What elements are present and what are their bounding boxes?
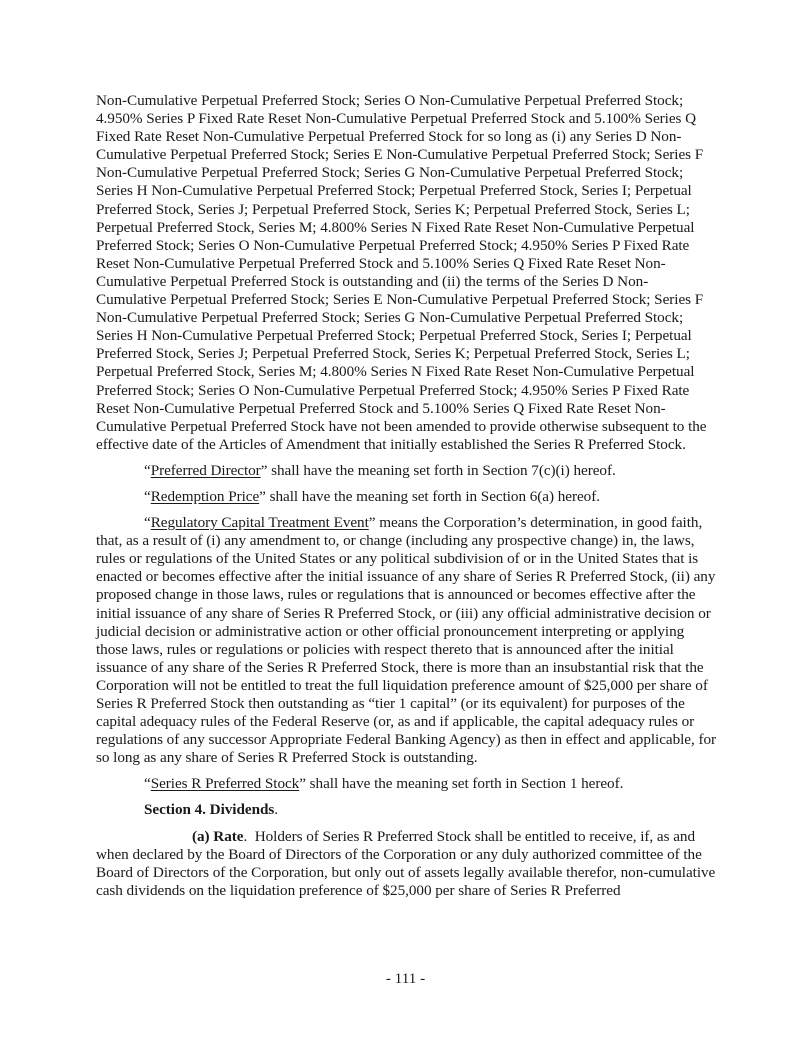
definition-text: shall have the meaning set forth in Sect… [306,775,623,792]
document-page: Non-Cumulative Perpetual Preferred Stock… [96,92,717,908]
section-title: Section 4. Dividends [144,801,274,818]
definition-series-r-preferred-stock: “Series R Preferred Stock” shall have th… [96,775,717,793]
subsection-text: Holders of Series R Preferred Stock shal… [96,828,719,899]
definition-redemption-price: “Redemption Price” shall have the meanin… [96,488,717,506]
definition-text: shall have the meaning set forth in Sect… [267,462,615,479]
defined-term: Regulatory Capital Treatment Event [151,514,369,531]
page-number: - 111 - [0,970,811,988]
close-quote: ” [259,488,266,505]
defined-term: Preferred Director [151,462,261,479]
defined-term: Redemption Price [151,488,259,505]
subsection-rate: (a) Rate. Holders of Series R Preferred … [96,828,717,900]
section-heading: Section 4. Dividends. [96,801,717,819]
open-quote: “ [144,775,151,792]
open-quote: “ [144,462,151,479]
continuation-paragraph: Non-Cumulative Perpetual Preferred Stock… [96,92,717,454]
definition-text: shall have the meaning set forth in Sect… [266,488,600,505]
open-quote: “ [144,488,151,505]
open-quote: “ [144,514,151,531]
close-quote: ” [299,775,306,792]
definition-preferred-director: “Preferred Director” shall have the mean… [96,462,717,480]
definition-regulatory-capital-treatment-event: “Regulatory Capital Treatment Event” mea… [96,514,717,767]
defined-term: Series R Preferred Stock [151,775,300,792]
definition-text: means the Corporation’s determination, i… [96,514,716,766]
section-title-period: . [274,801,278,818]
subsection-title: (a) Rate [192,828,243,845]
